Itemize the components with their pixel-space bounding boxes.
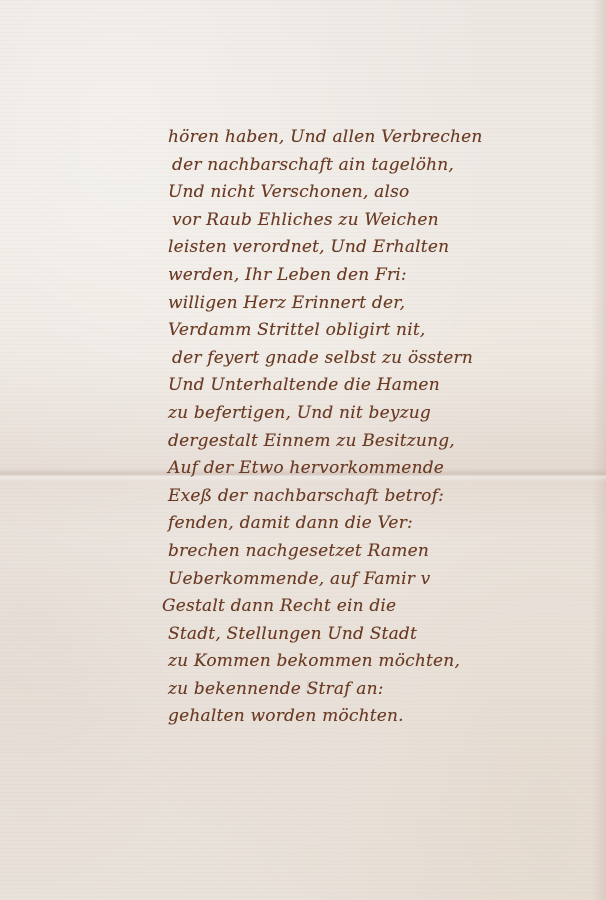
text-line-8: Verdamm Strittel obligirt nit, (168, 317, 598, 345)
faint-bleed-through-mark: N (305, 680, 375, 710)
text-line-16: brechen nachgesetzet Ramen (168, 538, 598, 566)
text-line-4: vor Raub Ehliches zu Weichen (172, 207, 598, 235)
text-line-5: leisten verordnet, Und Erhalten (168, 234, 598, 262)
handwritten-text-block: hören haben, Und allen Verbrechen der na… (168, 124, 598, 731)
text-line-22: gehalten worden möchten. (168, 703, 598, 731)
text-line-15: fenden, damit dann die Ver: (168, 510, 598, 538)
text-line-14: Exeß der nachbarschaft betrof: (168, 483, 598, 511)
text-line-20: zu Kommen bekommen möchten, (168, 648, 598, 676)
text-line-7: willigen Herz Erinnert der, (168, 290, 598, 318)
text-line-13: Auf der Etwo hervorkommende (168, 455, 598, 483)
text-line-18: Gestalt dann Recht ein die (162, 593, 598, 621)
text-line-17: Ueberkommende, auf Famir v (168, 566, 598, 594)
text-line-21: zu bekennende Straf an: (168, 676, 598, 704)
text-line-1: hören haben, Und allen Verbrechen (168, 124, 598, 152)
text-line-6: werden, Ihr Leben den Fri: (168, 262, 598, 290)
text-line-12: dergestalt Einnem zu Besitzung, (168, 428, 598, 456)
text-line-10: Und Unterhaltende die Hamen (168, 372, 598, 400)
text-line-2: der nachbarschaft ain tagelöhn, (172, 152, 598, 180)
text-line-19: Stadt, Stellungen Und Stadt (168, 621, 598, 649)
text-line-3: Und nicht Verschonen, also (168, 179, 598, 207)
text-line-11: zu befertigen, Und nit beyzug (168, 400, 598, 428)
text-line-9: der feyert gnade selbst zu össtern (172, 345, 598, 373)
manuscript-page: hören haben, Und allen Verbrechen der na… (0, 0, 606, 900)
